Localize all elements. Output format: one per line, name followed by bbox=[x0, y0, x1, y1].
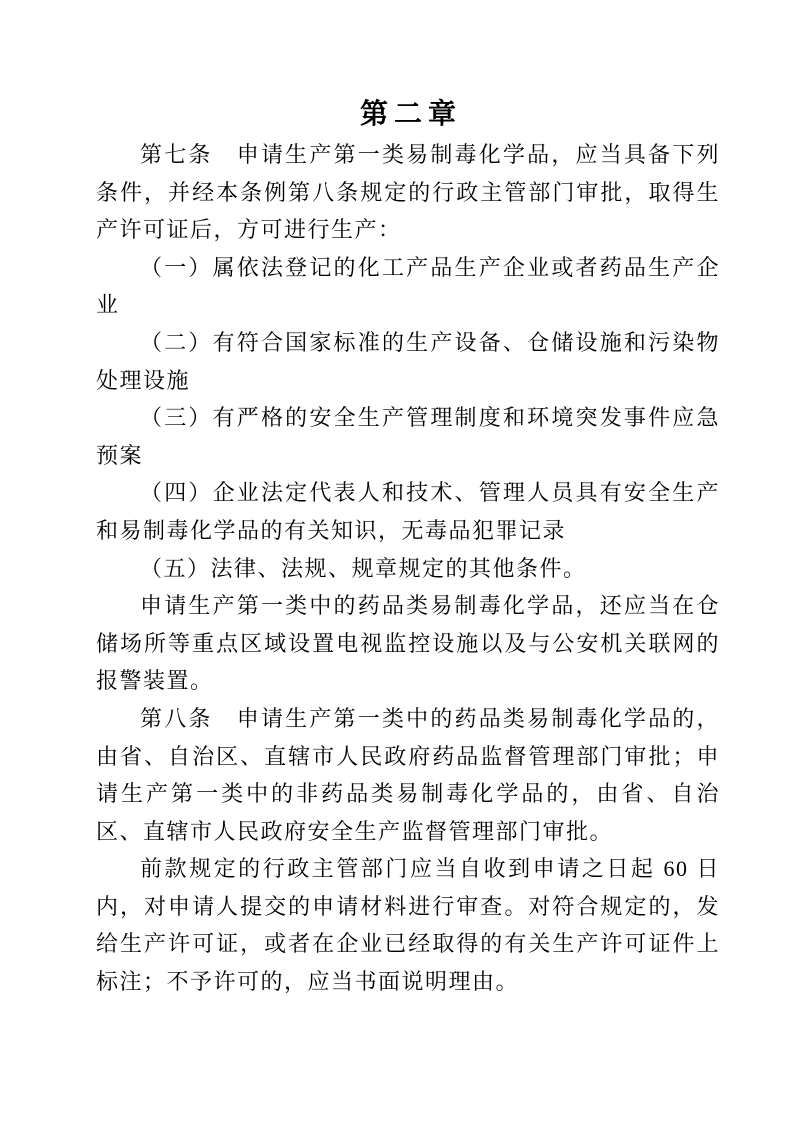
paragraph-article7: 第七条 申请生产第一类易制毒化学品，应当具备下列条件，并经本条例第八条规定的行政… bbox=[96, 136, 720, 249]
paragraph-item-1: （一）属依法登记的化工产品生产企业或者药品生产企业 bbox=[96, 249, 720, 324]
document-page: 第二章 第七条 申请生产第一类易制毒化学品，应当具备下列条件，并经本条例第八条规… bbox=[0, 0, 793, 1122]
paragraph-article7-supplement: 申请生产第一类中的药品类易制毒化学品，还应当在仓储场所等重点区域设置电视监控设施… bbox=[96, 587, 720, 700]
document-content: 第二章 第七条 申请生产第一类易制毒化学品，应当具备下列条件，并经本条例第八条规… bbox=[96, 91, 720, 1001]
paragraph-item-4: （四）企业法定代表人和技术、管理人员具有安全生产和易制毒化学品的有关知识，无毒品… bbox=[96, 474, 720, 549]
paragraph-article8: 第八条 申请生产第一类中的药品类易制毒化学品的，由省、自治区、直辖市人民政府药品… bbox=[96, 700, 720, 850]
paragraph-item-2: （二）有符合国家标准的生产设备、仓储设施和污染物处理设施 bbox=[96, 324, 720, 399]
paragraph-item-5: （五）法律、法规、规章规定的其他条件。 bbox=[96, 550, 720, 588]
paragraph-item-3: （三）有严格的安全生产管理制度和环境突发事件应急预案 bbox=[96, 399, 720, 474]
paragraph-article8-supplement: 前款规定的行政主管部门应当自收到申请之日起 60 日内，对申请人提交的申请材料进… bbox=[96, 850, 720, 1000]
chapter-title: 第二章 bbox=[96, 91, 720, 136]
